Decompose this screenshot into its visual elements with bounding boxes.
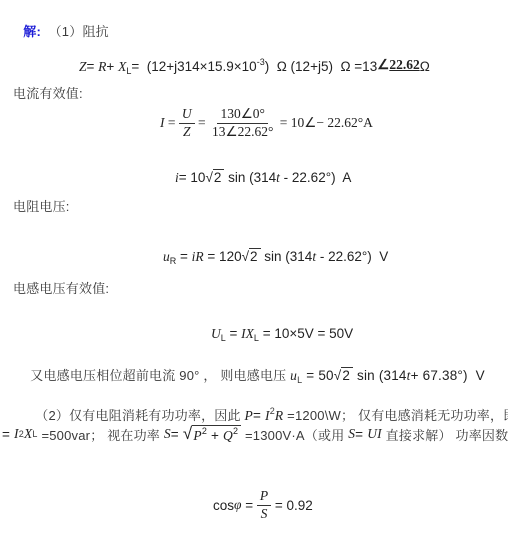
plus-sign: + <box>106 59 118 74</box>
var-phi: φ <box>234 497 241 513</box>
solution-label: 解: <box>23 24 41 39</box>
var-X: X <box>24 426 32 442</box>
angle-icon: ∠ <box>377 57 389 72</box>
exponent: -3 <box>257 57 265 67</box>
inductor-voltage-label: 电感电压有效值: <box>13 278 109 297</box>
sin-open: sin (314 <box>353 368 407 383</box>
var-P: P <box>193 428 201 443</box>
resistor-voltage-label: 电阻电压: <box>13 196 70 215</box>
var-X: X <box>246 326 254 341</box>
coefficient: = 10 <box>179 170 206 185</box>
sqrt-expression: P2 + Q2 <box>192 425 241 444</box>
phase-close: - 22.62°) A <box>280 170 351 185</box>
numerator-P: P <box>257 488 271 506</box>
cos-label: cos <box>213 498 234 513</box>
fraction-u-over-z: UZ <box>179 106 195 141</box>
resistor-voltage-formula: uR = iR = 120√2 sin (314t - 22.62°) V <box>148 234 388 281</box>
var-S: S <box>164 426 171 442</box>
current-phasor-formula: I = UZ = 130∠0°13∠22.62° = 10∠− 22.62°A <box>160 106 373 141</box>
sin-open: sin (314 <box>261 249 313 264</box>
denominator-value: 13∠22.62° <box>209 124 276 141</box>
fraction-phasor-values: 130∠0°13∠22.62° <box>209 106 276 141</box>
part1-heading: （1）阻抗 <box>49 24 109 39</box>
var-P: P <box>245 408 253 423</box>
denominator-S: S <box>258 506 271 523</box>
document-page: 解: （1）阻抗 Z= R+ XL= (12+j314×15.9×10-3) Ω… <box>0 0 508 534</box>
result-value: = 0.92 <box>271 498 313 513</box>
var-R: R <box>195 249 203 264</box>
phasor-result: 10∠− 22.62°A <box>291 115 373 131</box>
angle-annotation: ∠22.62 <box>377 57 419 72</box>
current-rms-label: 电流有效值: <box>13 83 83 102</box>
power-factor-formula: cosφ = PS = 0.92 <box>213 488 313 523</box>
coefficient: = 120 <box>204 249 242 264</box>
eq-sign: = <box>87 59 99 74</box>
paragraph-text: 直接求解） 功率因数 <box>382 425 508 444</box>
var-U: U <box>367 426 377 442</box>
var-Z: Z <box>79 59 87 74</box>
ohm-unit: Ω <box>420 59 430 74</box>
radicand: 2 <box>213 169 225 185</box>
value-tail: = 10×5V = 50V <box>259 326 353 341</box>
var-S: S <box>348 426 355 442</box>
eq-sign: = <box>355 427 367 442</box>
eq-sign: = <box>165 115 179 131</box>
radicand: 2 <box>341 367 353 383</box>
spacer <box>41 24 49 39</box>
var-u: u <box>163 249 170 264</box>
angle-value: 22.62 <box>389 57 419 72</box>
phase-close: + 67.38°) V <box>411 368 485 383</box>
phase-close: - 22.62°) V <box>316 249 388 264</box>
var-U: U <box>211 326 221 341</box>
eq-sign: = <box>195 115 209 131</box>
numerator-value: 130∠0° <box>217 106 268 124</box>
paragraph-text: =500var； 视在功率 <box>38 425 164 444</box>
eq-sign: = <box>2 427 14 442</box>
sentence-text: 又电感电压相位超前电流 90° ， 则电感电压 <box>30 368 290 383</box>
sin-open: sin (314 <box>224 170 276 185</box>
radical-icon: √ <box>205 170 212 185</box>
power-paragraph-line2: = I2XL =500var； 视在功率 S= √P2 + Q2 =1300V·… <box>2 424 508 444</box>
eq-sign: = <box>276 115 290 131</box>
radical-icon: √ <box>183 424 193 444</box>
denominator-Z: Z <box>180 124 194 141</box>
instantaneous-current-formula: i= 10√2 sin (314t - 22.62°) A <box>160 155 351 201</box>
eq-sign: = <box>176 249 191 264</box>
radical-icon: √ <box>242 249 249 264</box>
eq-sign: = <box>171 427 183 442</box>
impedance-formula: Z= R+ XL= (12+j314×15.9×10-3) Ω (12+j5) … <box>64 42 430 91</box>
eq-sign: = <box>241 498 256 513</box>
coefficient: = 50 <box>302 368 333 383</box>
paragraph-text: =1200\W； 仅有电感消耗无功功率，即 <box>283 408 508 423</box>
plus-sign: + <box>207 428 223 443</box>
fraction-p-over-s: PS <box>257 488 271 523</box>
eq-sign: = <box>226 326 241 341</box>
paragraph-text: =1300V·A（或用 <box>241 425 348 444</box>
superscript-2: 2 <box>233 426 238 436</box>
impedance-body: = (12+j314×15.9×10 <box>131 59 256 74</box>
radicand: 2 <box>249 248 261 264</box>
var-Q: Q <box>223 428 233 443</box>
paragraph-text: （2）仅有电阻消耗有功功率，因此 <box>35 408 244 423</box>
impedance-body2: ) Ω (12+j5) Ω =13 <box>265 59 377 74</box>
eq-sign: = <box>253 408 265 423</box>
numerator-U: U <box>179 106 195 124</box>
